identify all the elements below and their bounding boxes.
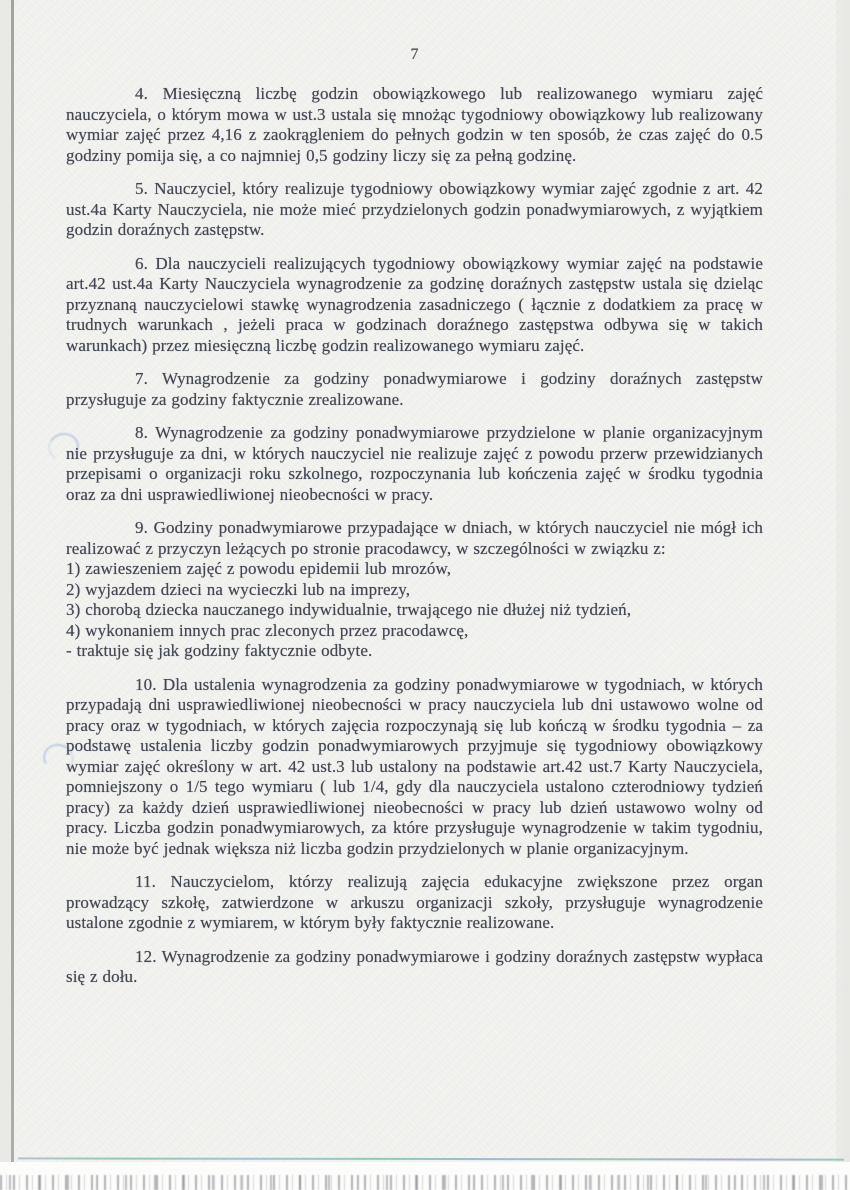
paragraph-10: 10. Dla ustalenia wynagrodzenia za godzi…: [66, 675, 763, 860]
paragraph-8: 8. Wynagrodzenie za godziny ponadwymiaro…: [66, 423, 763, 505]
list-item: 4) wykonaniem innych prac zleconych prze…: [66, 621, 763, 642]
paper-bottom-edge-line: [18, 1157, 844, 1160]
list-item: 3) chorobą dziecka nauczanego indywidual…: [66, 600, 763, 621]
paragraph-4: 4. Miesięczną liczbę godzin obowiązkoweg…: [66, 84, 763, 166]
paragraph-11: 11. Nauczycielom, którzy realizują zajęc…: [66, 872, 763, 934]
page-left-edge-line: [11, 0, 14, 1162]
scan-noise-band: [0, 1175, 850, 1190]
document-body: 4. Miesięczną liczbę godzin obowiązkoweg…: [66, 84, 763, 988]
paragraph-7: 7. Wynagrodzenie za godziny ponadwymiaro…: [66, 369, 763, 410]
list-item: - traktuje się jak godziny faktycznie od…: [66, 641, 763, 662]
scan-left-margin: [0, 0, 11, 1162]
list-item: 1) zawieszeniem zajęć z powodu epidemii …: [66, 559, 763, 580]
paragraph-12: 12. Wynagrodzenie za godziny ponadwymiar…: [66, 947, 763, 988]
list-item: 2) wyjazdem dzieci na wycieczki lub na i…: [66, 580, 763, 601]
paragraph-5: 5. Nauczyciel, który realizuje tygodniow…: [66, 179, 763, 241]
page-right-edge-shadow: [836, 0, 850, 1162]
paragraph-6: 6. Dla nauczycieli realizujących tygodni…: [66, 254, 763, 357]
paragraph-9: 9. Godziny ponadwymiarowe przypadające w…: [66, 518, 763, 559]
scanned-document-page: 7 4. Miesięczną liczbę godzin obowiązkow…: [0, 0, 850, 1190]
page-number: 7: [66, 46, 763, 64]
